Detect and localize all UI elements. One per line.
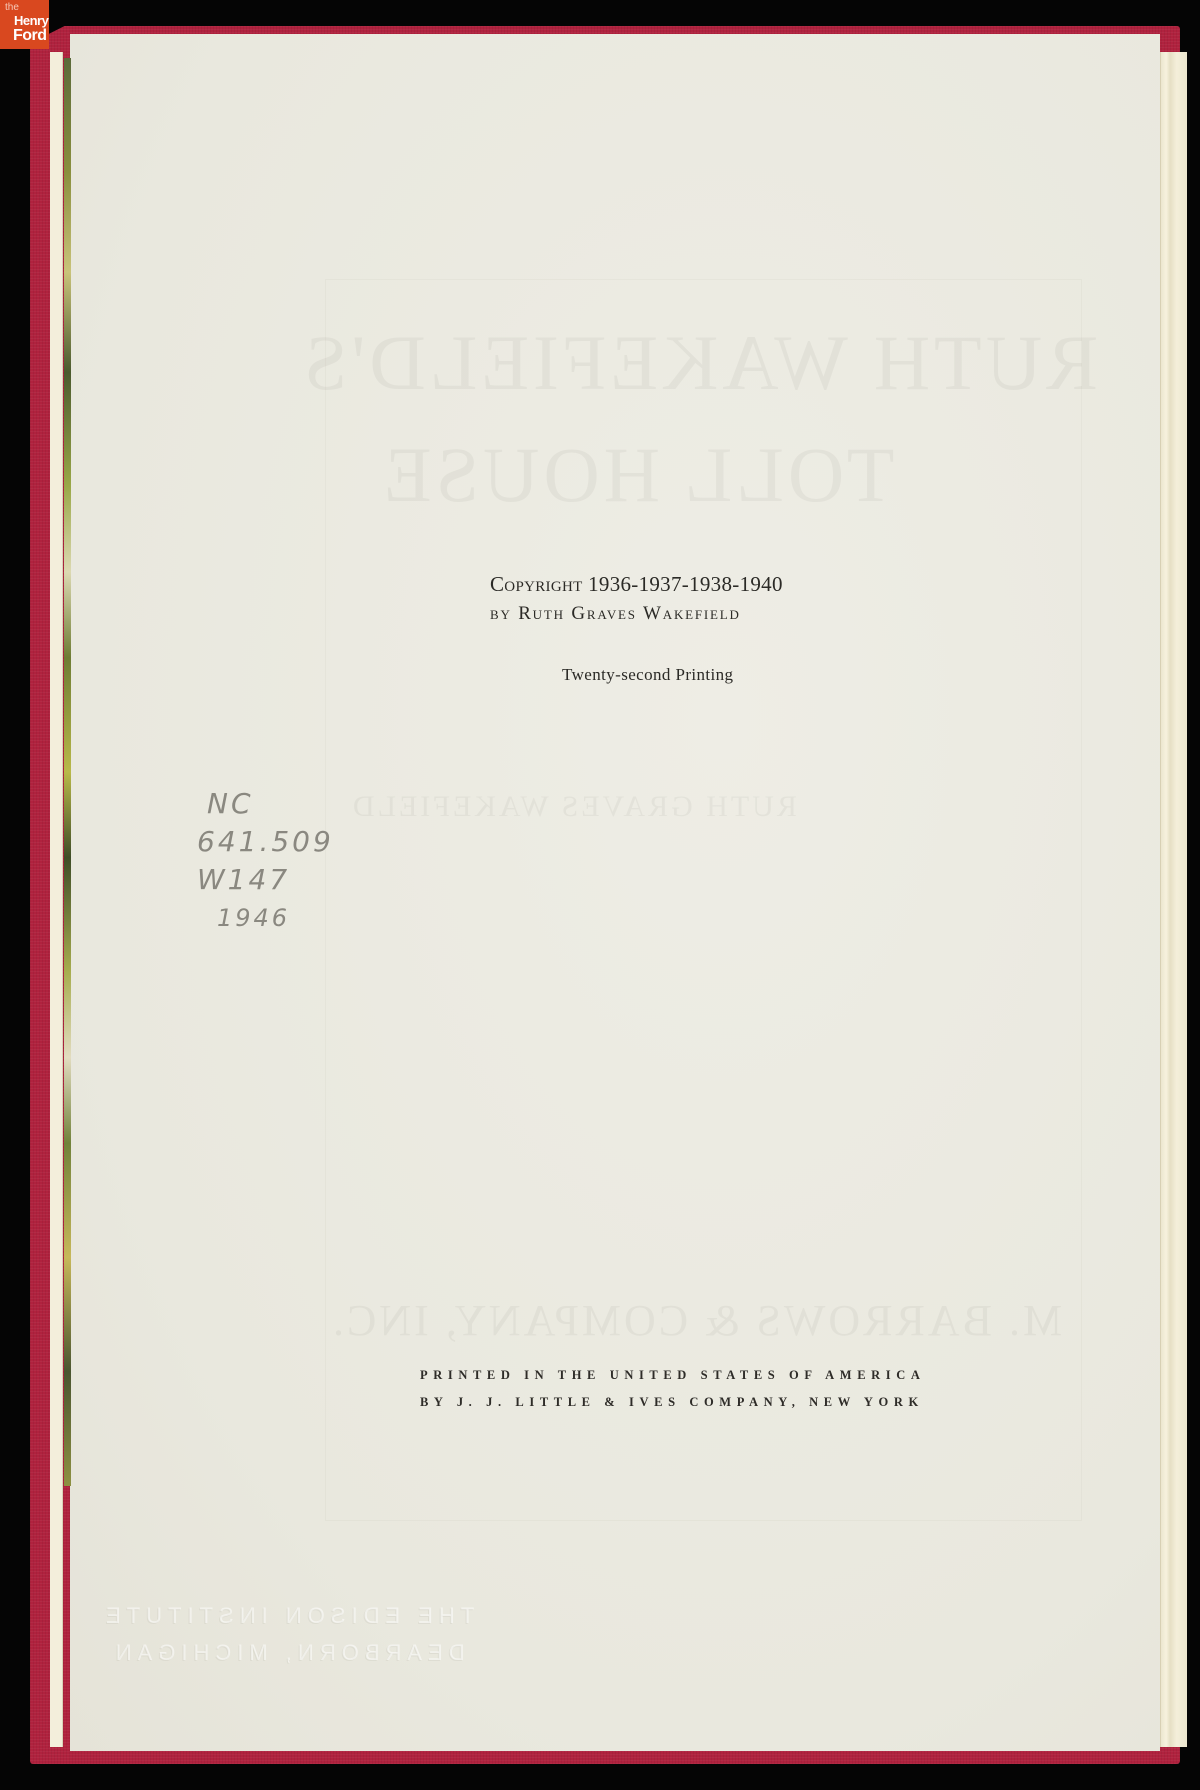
logo-prefix: the [5, 3, 19, 13]
right-page-edges [1160, 52, 1187, 1747]
stamp-line-1: THE EDISON INSTITUTE [100, 1597, 474, 1634]
call-number-line: W147 [197, 861, 334, 899]
logo-line2: Ford [13, 28, 47, 44]
printing-edition: Twenty-second Printing [562, 665, 733, 685]
copyright-notice: Copyright 1936-1937-1938-1940 by Ruth Gr… [490, 570, 830, 628]
henry-ford-logo: the Henry Ford [0, 0, 49, 49]
call-number-line: NC [207, 785, 334, 823]
printer-imprint: PRINTED IN THE UNITED STATES OF AMERICA … [420, 1362, 926, 1416]
embossed-library-stamp: THE EDISON INSTITUTE DEARBORN, MICHIGAN [100, 1597, 474, 1671]
stamp-line-2: DEARBORN, MICHIGAN [100, 1634, 474, 1671]
copyright-author: by Ruth Graves Wakefield [490, 599, 830, 628]
logo-line1: Henry [14, 14, 48, 27]
call-number-line: 641.509 [197, 823, 334, 861]
imprint-line-1: PRINTED IN THE UNITED STATES OF AMERICA [420, 1362, 926, 1389]
show-through-frame [325, 279, 1082, 1521]
left-page-stack [50, 52, 63, 1747]
call-number-line: 1946 [217, 899, 334, 937]
previous-page-illustration-edge [64, 58, 71, 1486]
imprint-line-2: BY J. J. LITTLE & IVES COMPANY, NEW YORK [420, 1389, 926, 1416]
handwritten-call-number: NC 641.509 W147 1946 [197, 785, 334, 937]
copyright-years: Copyright 1936-1937-1938-1940 [490, 570, 830, 599]
